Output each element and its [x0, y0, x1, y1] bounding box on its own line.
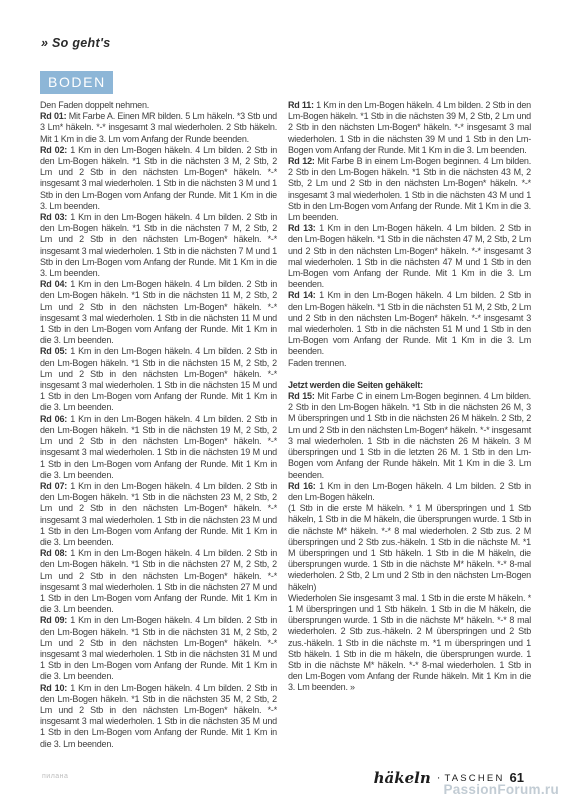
pattern-paragraph: Rd 16: 1 Km in den Lm-Bogen häkeln. 4 Lm… — [288, 481, 531, 503]
left-column: Den Faden doppelt nehmen.Rd 01: Mit Farb… — [40, 100, 277, 750]
pattern-paragraph: Rd 07: 1 Km in den Lm-Bogen häkeln. 4 Lm… — [40, 481, 277, 548]
pattern-paragraph: Faden trennen. — [288, 358, 531, 369]
round-label: Rd 13: — [288, 223, 316, 233]
pattern-paragraph: Rd 04: 1 Km in den Lm-Bogen häkeln. 4 Lm… — [40, 279, 277, 346]
round-label: Rd 08: — [40, 548, 67, 558]
right-column: Rd 11: 1 Km in den Lm-Bogen häkeln. 4 Lm… — [288, 100, 531, 750]
watermark-passionforum: PassionForum.ru — [443, 782, 559, 797]
footer-separator-dot: · — [437, 772, 441, 784]
round-label: Rd 01: — [40, 111, 66, 121]
pattern-text-columns: Den Faden doppelt nehmen.Rd 01: Mit Farb… — [40, 100, 531, 750]
round-label: Rd 11: — [288, 100, 314, 110]
round-label: Rd 06: — [40, 414, 67, 424]
pattern-paragraph: Rd 06: 1 Km in den Lm-Bogen häkeln. 4 Lm… — [40, 414, 277, 481]
section-heading: Jetzt werden die Seiten gehäkelt: — [288, 380, 531, 391]
pattern-paragraph: Wiederholen Sie insgesamt 3 mal. 1 Stb i… — [288, 593, 531, 694]
round-label: Rd 02: — [40, 145, 67, 155]
magazine-page: » So geht's BODEN Den Faden doppelt nehm… — [0, 0, 566, 800]
round-label: Rd 03: — [40, 212, 67, 222]
pattern-paragraph: Rd 08: 1 Km in den Lm-Bogen häkeln. 4 Lm… — [40, 548, 277, 615]
pattern-paragraph: Rd 13: 1 Km in den Lm-Bogen häkeln. 4 Lm… — [288, 223, 531, 290]
pattern-paragraph: (1 Stb in die erste M häkeln. * 1 M über… — [288, 503, 531, 593]
pattern-paragraph: Rd 09: 1 Km in den Lm-Bogen häkeln. 4 Lm… — [40, 615, 277, 682]
round-label: Rd 14: — [288, 290, 316, 300]
pattern-paragraph: Rd 10: 1 Km in den Lm-Bogen häkeln. 4 Lm… — [40, 683, 277, 750]
round-label: Rd 07: — [40, 481, 67, 491]
magazine-title: häkeln — [374, 769, 431, 787]
round-label: Rd 10: — [40, 683, 67, 693]
pattern-paragraph: Rd 11: 1 Km in den Lm-Bogen häkeln. 4 Lm… — [288, 100, 531, 156]
pattern-paragraph: Rd 15: Mit Farbe C in einem Lm-Bogen beg… — [288, 391, 531, 481]
round-label: Rd 16: — [288, 481, 316, 491]
round-label: Rd 09: — [40, 615, 67, 625]
pattern-paragraph: Rd 05: 1 Km in den Lm-Bogen häkeln. 4 Lm… — [40, 346, 277, 413]
pattern-paragraph: Rd 12: Mit Farbe B in einem Lm-Bogen beg… — [288, 156, 531, 223]
round-label: Rd 12: — [288, 156, 315, 166]
pattern-paragraph: Den Faden doppelt nehmen. — [40, 100, 277, 111]
round-label: Jetzt werden die Seiten gehäkelt: — [288, 380, 423, 390]
watermark-left: пилана — [42, 773, 68, 780]
kicker-so-gehts: » So geht's — [41, 36, 110, 50]
round-label: Rd 05: — [40, 346, 67, 356]
round-label: Rd 15: — [288, 391, 315, 401]
pattern-paragraph: Rd 02: 1 Km in den Lm-Bogen häkeln. 4 Lm… — [40, 145, 277, 212]
round-label: Rd 04: — [40, 279, 67, 289]
pattern-paragraph: Rd 14: 1 Km in den Lm-Bogen häkeln. 4 Lm… — [288, 290, 531, 357]
pattern-paragraph: Rd 01: Mit Farbe A. Einen MR bilden. 5 L… — [40, 111, 277, 145]
pattern-paragraph: Rd 03: 1 Km in den Lm-Bogen häkeln. 4 Lm… — [40, 212, 277, 279]
section-badge-boden: BODEN — [40, 71, 113, 94]
